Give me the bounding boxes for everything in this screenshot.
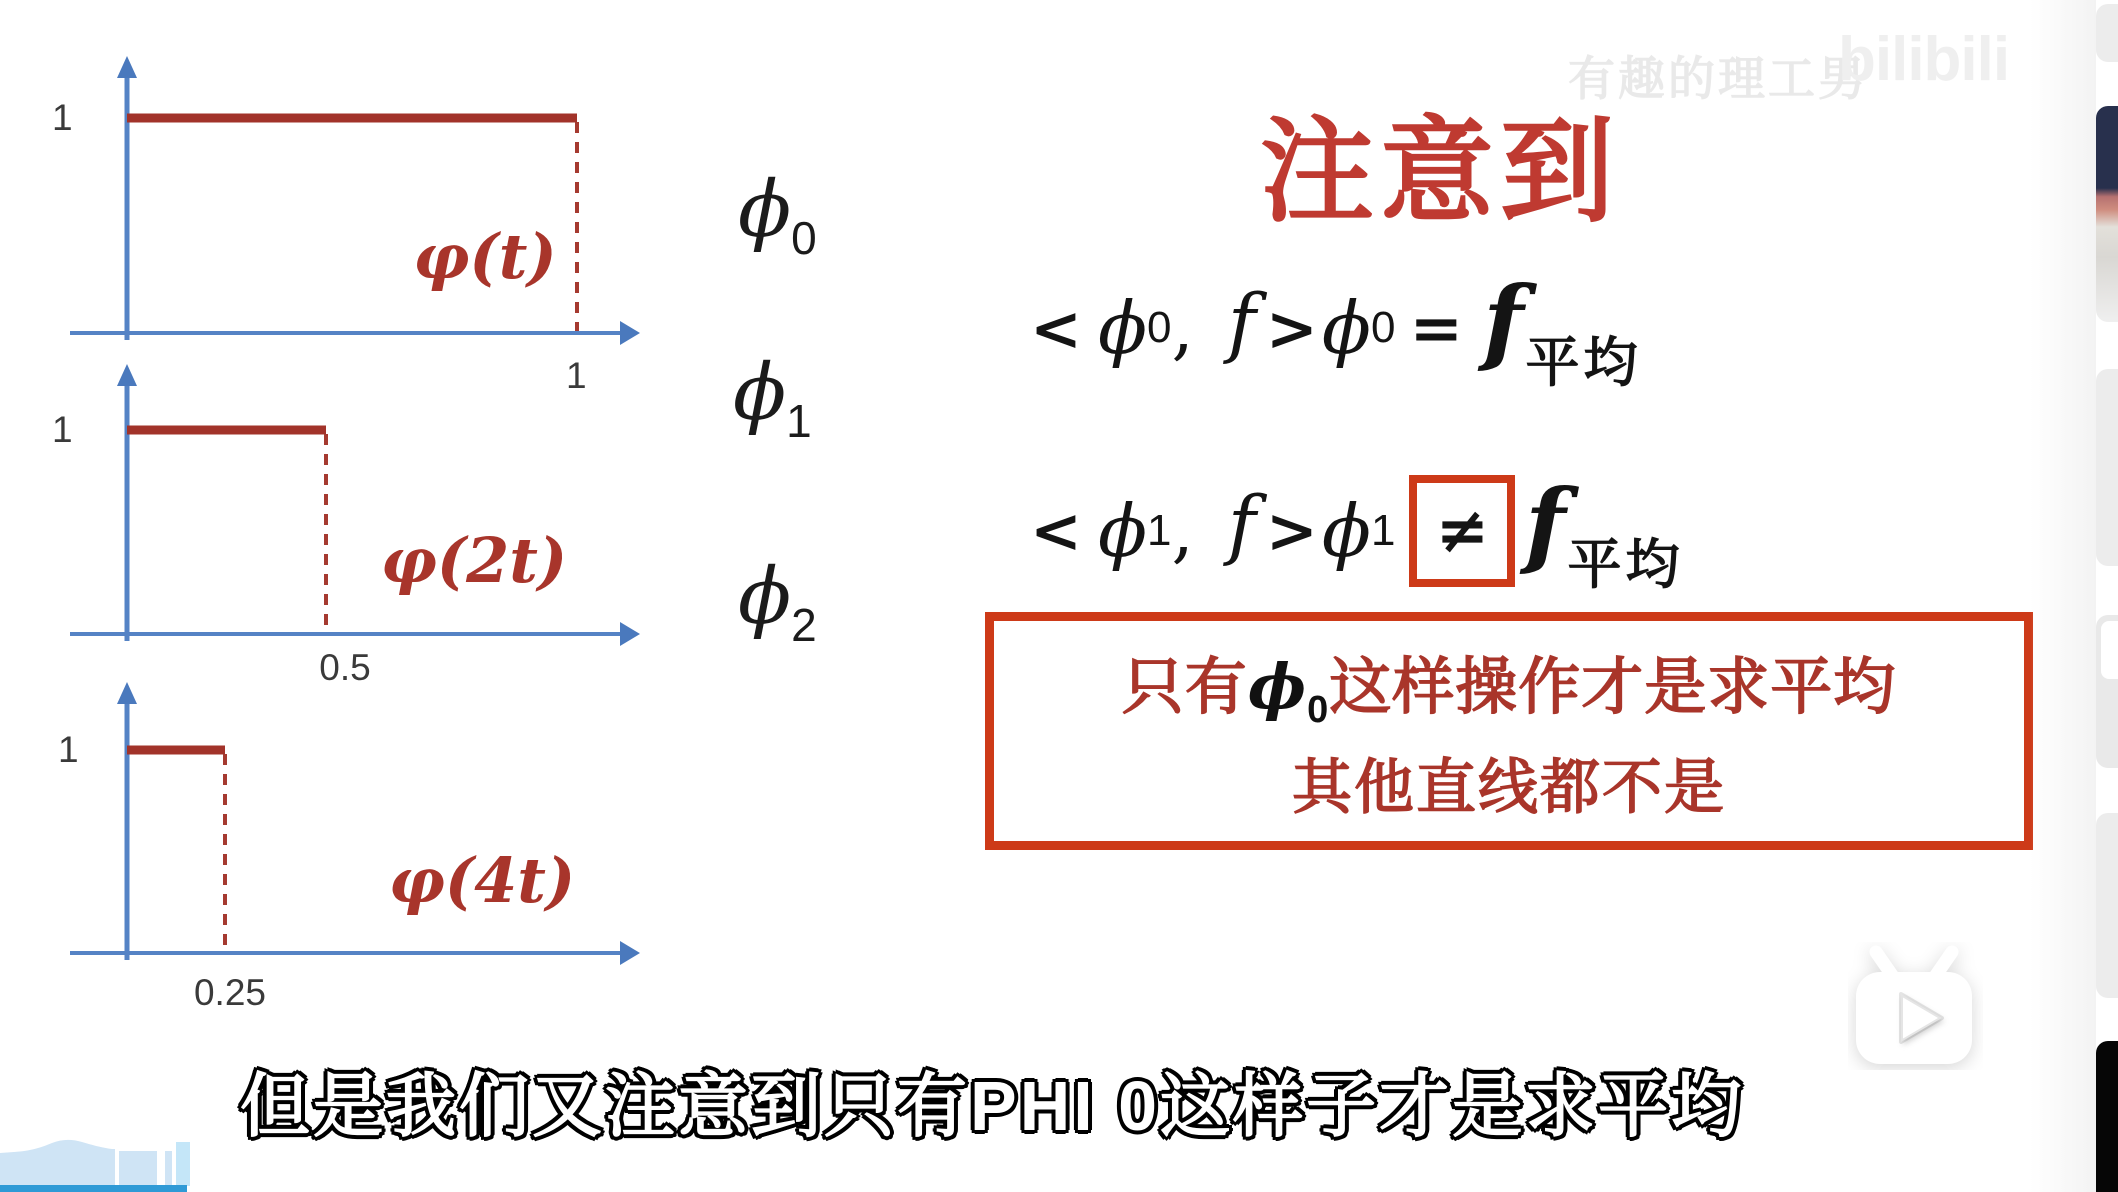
equation-phi0: < ϕ0 , f > ϕ0 = f 平均 xyxy=(1030,268,1642,388)
equals-sign: = xyxy=(1409,291,1463,366)
f-average-sub: 平均 xyxy=(1568,522,1684,599)
curve-label: φ(4t) xyxy=(389,844,576,917)
y-axis-arrow-icon xyxy=(117,682,137,704)
video-subtitle: 但是我们又注意到只有PHI 0这样子才是求平均 xyxy=(240,1050,1744,1151)
angle-close: > xyxy=(1266,292,1318,365)
basis-label-phi0: ϕ0 xyxy=(738,165,817,265)
y-tick-label: 1 xyxy=(58,729,79,770)
bilibili-logo: bilibili xyxy=(1838,24,2009,95)
phi-symbol: ϕ xyxy=(738,165,791,255)
phi-subscript: 2 xyxy=(791,599,817,651)
phi-term2-sub: 0 xyxy=(1371,303,1395,353)
phi-term: ϕ xyxy=(1098,489,1147,573)
basis-label-phi1: ϕ1 xyxy=(733,348,812,448)
uploader-watermark: 有趣的理工男 xyxy=(1568,42,1868,109)
y-tick-label: 1 xyxy=(52,409,73,450)
note-box: 只有ϕ0这样操作才是求平均 其他直线都不是 xyxy=(985,612,2033,850)
phi-subscript: 1 xyxy=(786,395,812,447)
angle-close: > xyxy=(1266,494,1318,567)
note-line-1: 只有ϕ0这样操作才是求平均 xyxy=(1122,637,1897,732)
seek-preview-heatmap xyxy=(0,1132,200,1186)
card-inner-highlight xyxy=(2101,621,2118,679)
plot-phi-2t: 1 0.5 φ(2t) xyxy=(40,360,680,705)
f-average-sub: 平均 xyxy=(1526,320,1642,397)
comma: , xyxy=(1172,490,1194,572)
sidebar-card-thumbnail[interactable] xyxy=(2096,106,2118,322)
video-progress-bar[interactable] xyxy=(0,1185,187,1192)
comma: , xyxy=(1172,287,1194,369)
note-text-after: 这样操作才是求平均 xyxy=(1329,653,1896,722)
angle-open: < xyxy=(1030,494,1082,567)
phi-symbol: ϕ xyxy=(738,552,791,642)
f-term: f xyxy=(1228,277,1256,366)
phi-subscript: 0 xyxy=(791,212,817,264)
x-tick-label: 0.25 xyxy=(194,972,266,1013)
x-axis-arrow-icon xyxy=(620,941,640,965)
angle-open: < xyxy=(1030,292,1082,365)
note-phi-symbol: ϕ xyxy=(1248,650,1307,723)
basis-label-phi2: ϕ2 xyxy=(738,552,817,652)
f-average: f xyxy=(1525,469,1565,579)
phi-symbol: ϕ xyxy=(733,348,786,438)
phi-term2: ϕ xyxy=(1322,489,1371,573)
y-tick-label: 1 xyxy=(52,97,73,138)
plot-phi-4t: 1 0.25 φ(4t) xyxy=(40,680,680,1025)
note-line-2: 其他直线都不是 xyxy=(1292,740,1726,826)
sidebar-card-1[interactable] xyxy=(2096,4,2118,62)
sidebar-card-3[interactable] xyxy=(2096,615,2118,768)
phi-term-sub: 0 xyxy=(1147,303,1171,353)
x-axis-arrow-icon xyxy=(620,321,640,345)
video-frame: 1 1 φ(t) 1 0.5 φ(2t) 1 0.25 φ(4t) ϕ0 ϕ1 … xyxy=(0,0,2118,1192)
phi-term-sub: 1 xyxy=(1147,506,1171,556)
phi-term2: ϕ xyxy=(1322,286,1371,370)
note-phi-subscript: 0 xyxy=(1307,689,1329,731)
bilibili-tv-play-icon xyxy=(1848,942,1983,1070)
note-text-before: 只有 xyxy=(1122,653,1248,722)
sidebar-card-4[interactable] xyxy=(2096,813,2118,998)
not-equal-highlight-box: ≠ xyxy=(1409,475,1515,587)
sidebar-card-2[interactable] xyxy=(2096,369,2118,566)
right-edge-fade xyxy=(2030,0,2096,1192)
phi-term: ϕ xyxy=(1098,286,1147,370)
plot-phi-t: 1 1 φ(t) xyxy=(40,50,680,395)
phi-term2-sub: 1 xyxy=(1371,506,1395,556)
y-axis-arrow-icon xyxy=(117,56,137,78)
x-axis-arrow-icon xyxy=(620,622,640,646)
equation-phi1: < ϕ1 , f > ϕ1 ≠ f 平均 xyxy=(1030,458,1684,603)
curve-label: φ(2t) xyxy=(381,524,568,597)
y-axis-arrow-icon xyxy=(117,364,137,386)
sidebar-card-5[interactable] xyxy=(2096,1041,2118,1192)
f-average: f xyxy=(1483,266,1523,376)
curve-label: φ(t) xyxy=(413,220,556,293)
f-term: f xyxy=(1228,479,1256,568)
